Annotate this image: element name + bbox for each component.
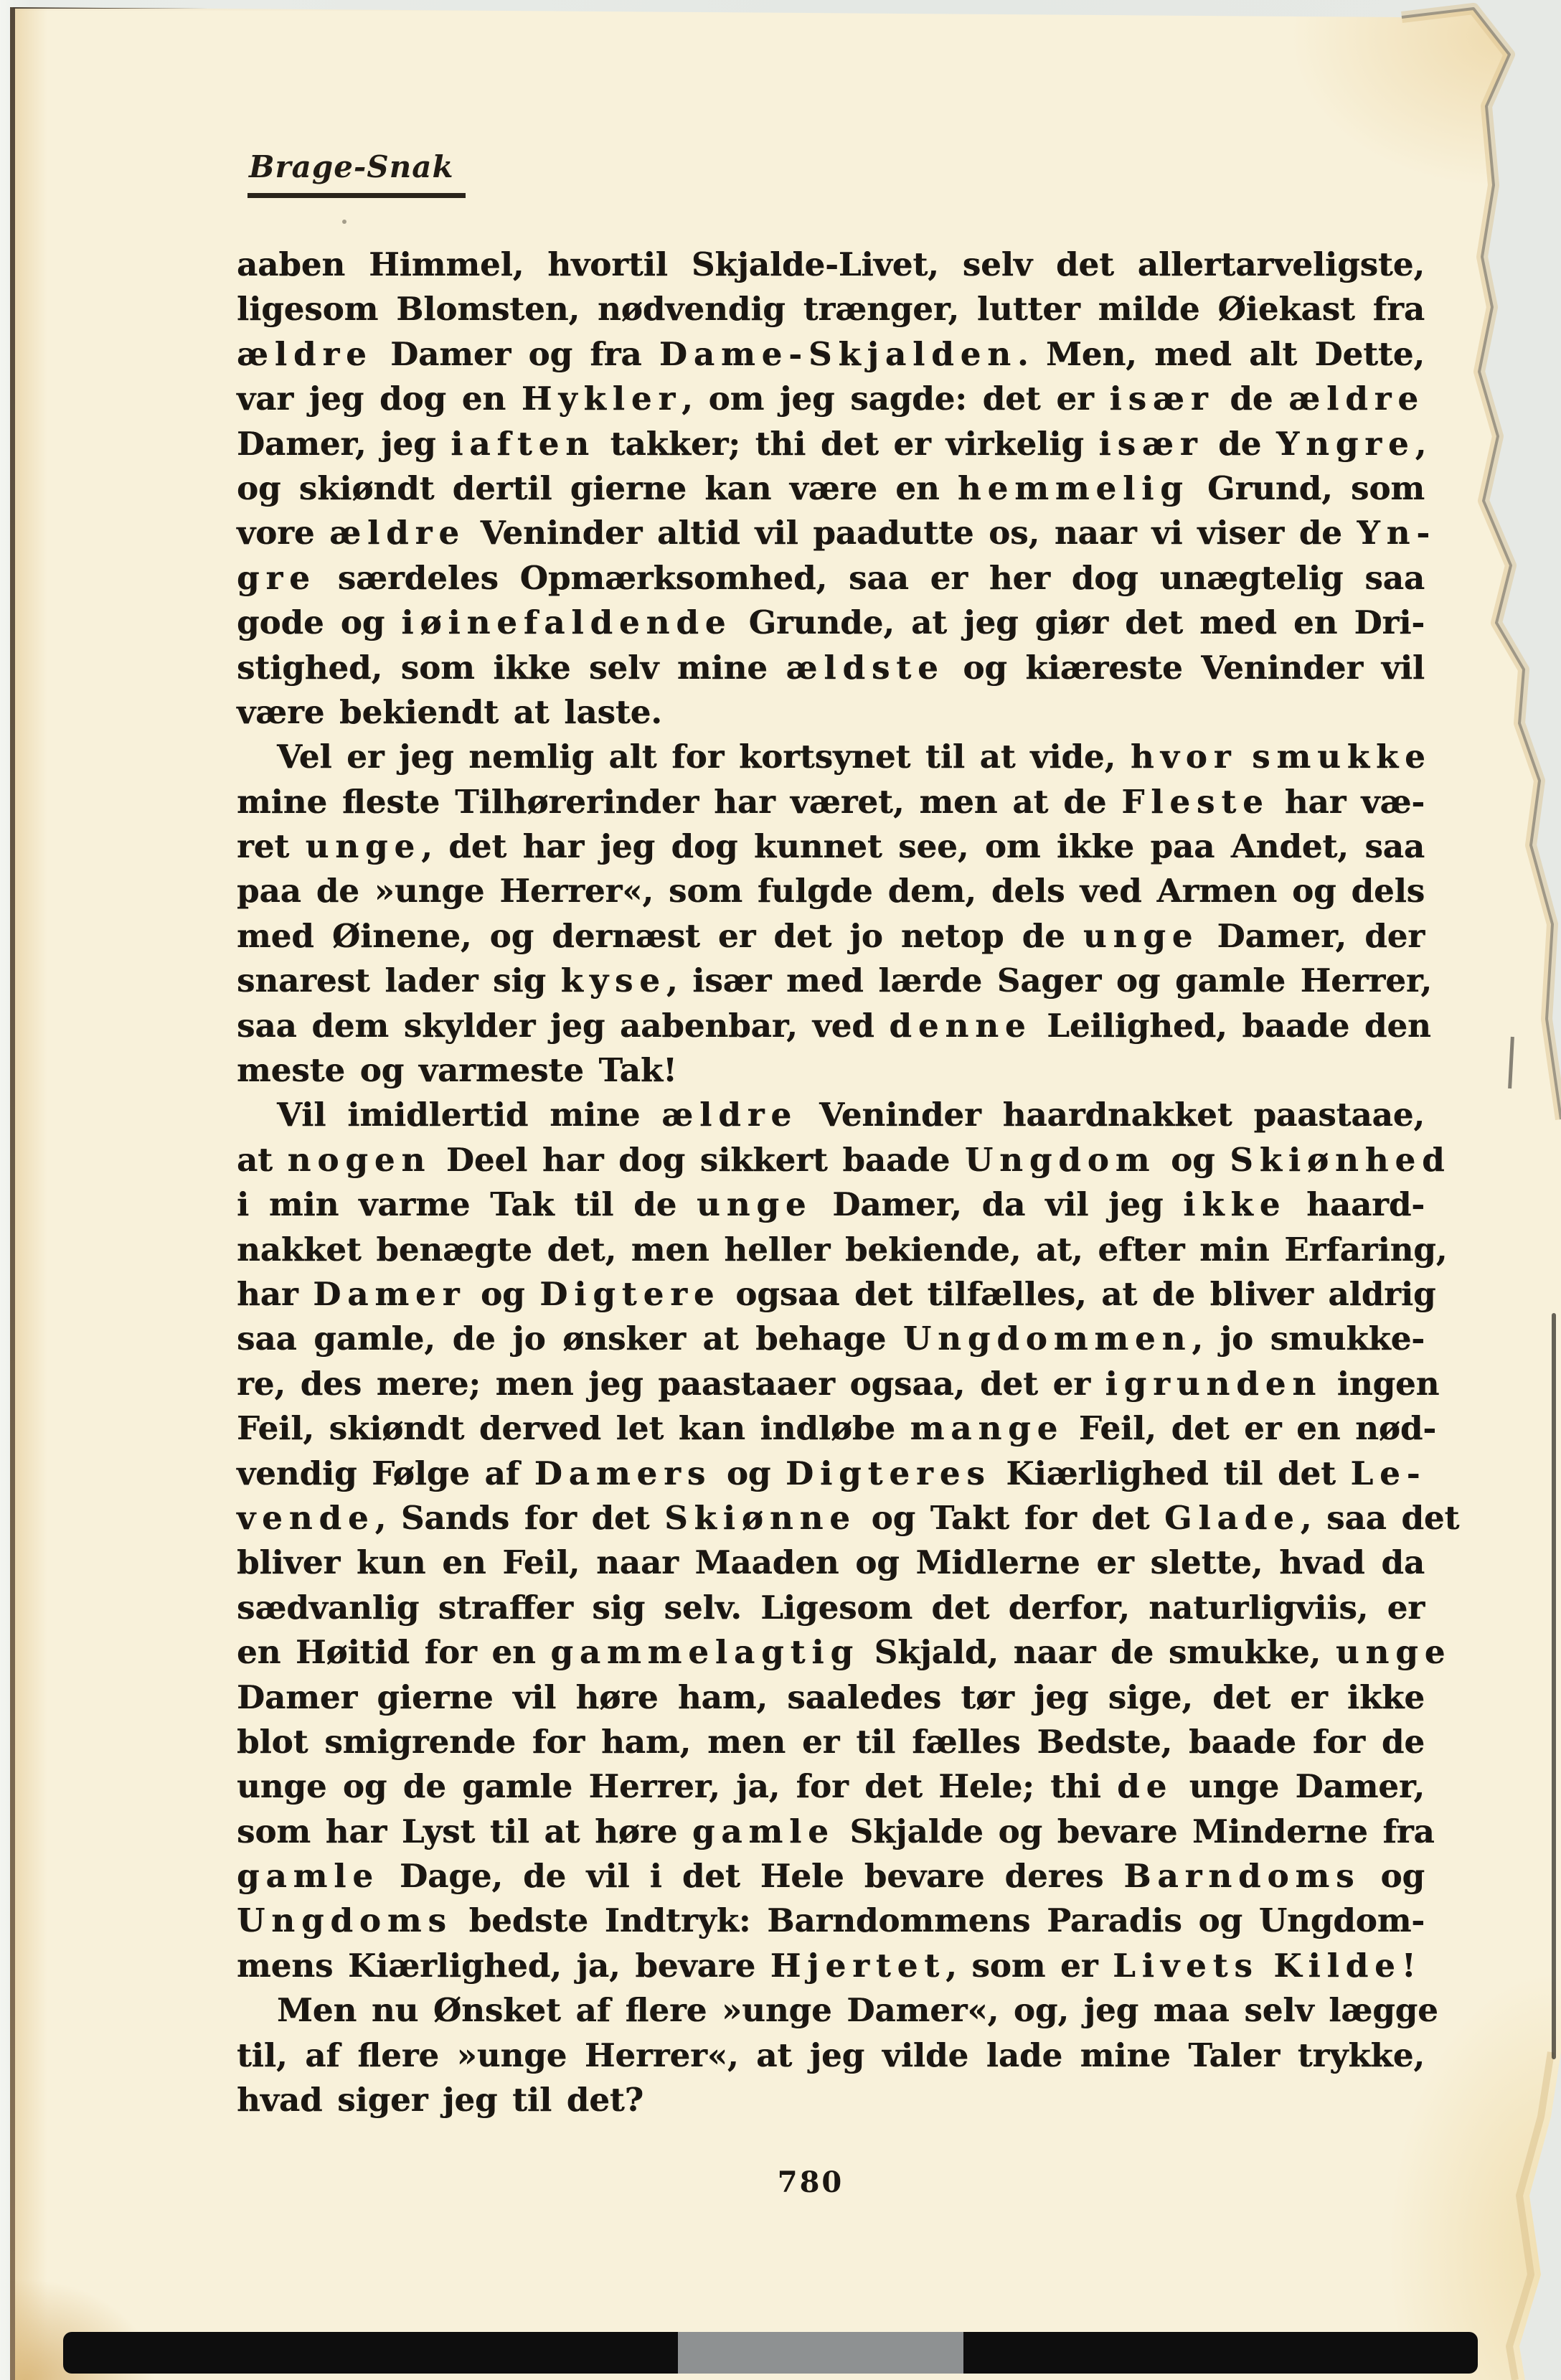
text-segment: aaben Himmel, hvortil Skjalde-Livet, sel… [237,245,1425,283]
page-left-edge [10,0,15,2380]
paper-speck [342,220,346,224]
text-line: Feil, skiøndt derved let kan indløbe man… [237,1406,1425,1451]
text-segment: Grund, som [1189,469,1425,507]
letterspaced-word: især [1098,425,1203,463]
scanned-page-background: Brage-Snak aaben Himmel, hvortil Skjalde… [0,0,1561,2380]
text-segment: Damer, da vil jeg [813,1185,1184,1223]
letterspaced-word: unge [697,1185,813,1223]
text-segment: Vel er jeg nemlig alt for kortsynet til … [277,738,1131,776]
text-segment: og [1156,1141,1230,1179]
text-line: med Øinene, og dernæst er det jo netop d… [237,914,1425,959]
text-line: i min varme Tak til de unge Damer, da vi… [237,1182,1425,1227]
text-segment: Damer gierne vil høre ham, saaledes tør … [237,1678,1425,1716]
page-number: 780 [237,2161,1385,2204]
letterspaced-word: igrunden [1105,1365,1323,1403]
letterspaced-word: Skiønne [664,1499,857,1537]
text-line: re, des mere; men jeg paastaaer ogsaa, d… [237,1362,1425,1406]
text-line: har Damer og Digtere ogsaa det tilfælles… [237,1272,1425,1317]
letterspaced-word: iaften [451,425,595,463]
text-segment: vendig Følge af [237,1454,534,1492]
text-segment: har væ- [1270,783,1425,821]
text-segment: hvad siger jeg til det? [237,2081,643,2119]
text-segment: har [237,1275,313,1313]
letterspaced-word: især [1110,380,1215,418]
text-segment: de [1215,380,1289,418]
text-line: paa de »unge Herrer«, som fulgde dem, de… [237,869,1425,913]
text-segment: ! [1402,1947,1416,1985]
letterspaced-word: ældre [329,514,466,552]
text-line: Vil imidlertid mine ældre Veninder haard… [237,1093,1425,1137]
text-segment: Deel har dog sikkert baade [431,1141,965,1179]
letterspaced-word: hemmelig [958,469,1189,507]
text-segment: unge Damer, [1173,1767,1425,1805]
text-segment: unge og de gamle Herrer, ja, for det Hel… [237,1767,1117,1805]
letterspaced-word: gamle [692,1812,835,1850]
text-line: snarest lader sig kyse, især med lærde S… [237,959,1425,1003]
text-segment: takker; thi det er virkelig [595,425,1098,463]
text-segment: Veninder haardnakket paastaae, [798,1096,1425,1134]
text-segment: vore [237,514,329,552]
text-segment: Grunde, at jeg giør det med en Dri- [732,603,1425,641]
text-line: aaben Himmel, hvortil Skjalde-Livet, sel… [237,243,1425,287]
text-segment: paa de »unge Herrer«, som fulgde dem, de… [237,872,1425,910]
text-line: ældre Damer og fra Dame-Skjalden. Men, m… [237,332,1425,377]
body-text: aaben Himmel, hvortil Skjalde-Livet, sel… [237,243,1425,2122]
letterspaced-word: smukke [1252,738,1432,776]
text-segment: Skjalde og bevare Minderne fra [835,1812,1435,1850]
text-line: Damer gierne vil høre ham, saaledes tør … [237,1675,1425,1720]
text-line: gre særdeles Opmærksomhed, saa er her do… [237,556,1425,601]
letterspaced-word: Ungdommen [903,1320,1192,1358]
text-line: saa dem skylder jeg aabenbar, ved denne … [237,1004,1425,1048]
text-segment: som har Lyst til at høre [237,1812,692,1850]
text-line: nakket benægte det, men heller bekiende,… [237,1228,1425,1272]
letterspaced-word: unge [1336,1633,1452,1671]
text-line: ligesom Blomsten, nødvendig trænger, lut… [237,287,1425,331]
text-segment: med Øinene, og dernæst er det jo netop d… [237,917,1083,955]
letterspaced-word: hvor [1131,738,1237,776]
letterspaced-word: Digtere [539,1275,720,1313]
letterspaced-word: mange [910,1409,1065,1447]
text-segment: , som er [945,1947,1113,1985]
text-line: som har Lyst til at høre gamle Skjalde o… [237,1810,1425,1854]
text-line: at nogen Deel har dog sikkert baade Ungd… [237,1138,1425,1182]
text-segment: ogsaa det tilfælles, at de bliver aldrig [721,1275,1436,1313]
text-segment: nakket benægte det, men heller bekiende,… [237,1231,1447,1269]
text-segment: Damer, jeg [237,425,451,463]
letterspaced-word: ikke [1183,1185,1286,1223]
scanner-artifact-band [63,2332,1478,2374]
text-segment: Vil imidlertid mine [277,1096,661,1134]
text-segment: bedste Indtryk: Barndommens Paradis og U… [453,1901,1425,1939]
text-segment: og kiæreste Veninder vil [945,649,1425,687]
text-segment: Skjald, naar de smukke, [859,1633,1336,1671]
text-line: mine fleste Tilhørerinder har været, men… [237,780,1425,824]
letterspaced-word: iøinefaldende [401,603,732,641]
text-segment: bliver kun en Feil, naar Maaden og Midle… [237,1543,1425,1581]
text-segment: og Takt for det [857,1499,1164,1537]
text-line: vendig Følge af Damers og Digteres Kiærl… [237,1452,1425,1496]
text-line: gamle Dage, de vil i det Hele bevare der… [237,1854,1425,1899]
text-line: unge og de gamle Herrer, ja, for det Hel… [237,1764,1425,1809]
text-line: var jeg dog en Hykler, om jeg sagde: det… [237,377,1425,421]
text-line: vore ældre Veninder altid vil paadutte o… [237,511,1425,555]
text-segment: mens Kiærlighed, ja, bevare [237,1947,770,1985]
text-segment: og skiøndt dertil gierne kan være en [237,469,958,507]
letterspaced-word: Hykler [522,380,682,418]
scan-edge-mark [1508,1037,1514,1088]
letterspaced-word: Barndoms [1123,1857,1360,1895]
letterspaced-word: kyse [561,961,666,999]
text-segment: de [1204,425,1276,463]
letterspaced-word: Ungdoms [237,1901,453,1939]
letterspaced-word: ældre [661,1096,798,1134]
text-line: være bekiendt at laste. [237,690,1425,735]
text-segment: og [1360,1857,1425,1895]
letterspaced-word: Glade [1164,1499,1301,1537]
letterspaced-word: Le- [1351,1454,1427,1492]
text-segment: ingen [1322,1365,1439,1403]
letterspaced-word: nogen [288,1141,432,1179]
text-segment: i min varme Tak til de [237,1185,697,1223]
text-segment: , især med lærde Sager og gamle Herrer, [666,961,1432,999]
text-segment: Kiærlighed til det [991,1454,1351,1492]
scanner-artifact-band-gray [678,2332,963,2374]
letterspaced-word: unge [1083,917,1199,955]
text-segment: at [237,1141,288,1179]
text-segment: Feil, det er en nød- [1064,1409,1436,1447]
text-line: sædvanlig straffer sig selv. Ligesom det… [237,1586,1425,1630]
text-segment: være bekiendt at laste. [237,693,662,731]
running-title: Brage-Snak [247,149,466,198]
letterspaced-word: Skiønhed [1230,1141,1451,1179]
text-segment: Veninder altid vil paadutte os, naar vi … [466,514,1357,552]
letterspaced-word: Fleste [1121,783,1269,821]
text-segment: stighed, som ikke selv mine [237,649,786,687]
text-line: ret unge, det har jeg dog kunnet see, om… [237,824,1425,869]
letterspaced-word: vende [237,1499,375,1537]
page-top-edge [13,4,1433,9]
text-segment: , om jeg sagde: det er [682,380,1109,418]
text-segment: sædvanlig straffer sig selv. Ligesom det… [237,1589,1425,1627]
text-line: Damer, jeg iaften takker; thi det er vir… [237,422,1425,466]
text-segment: , Sands for det [375,1499,664,1537]
text-segment: haard- [1286,1185,1425,1223]
text-segment: blot smigrende for ham, men er til fælle… [237,1723,1425,1761]
text-segment: gode og [237,603,401,641]
letterspaced-word: gre [237,559,316,597]
scan-edge-line [1552,1313,1556,2059]
text-segment: Feil, skiøndt derved let kan indløbe [237,1409,910,1447]
letterspaced-word: Damers [534,1454,712,1492]
text-segment: Damer og fra [373,335,659,373]
text-segment: saa dem skylder jeg aabenbar, ved [237,1007,889,1045]
text-segment: særdeles Opmærksomhed, saa er her dog un… [316,559,1425,597]
text-line: hvad siger jeg til det? [237,2078,1425,2122]
letterspaced-word: Livets [1113,1947,1259,1985]
letterspaced-word: gammelagtig [550,1633,859,1671]
text-segment: ligesom Blomsten, nødvendig trænger, lut… [237,290,1425,328]
letterspaced-word: denne [889,1007,1032,1045]
text-line: meste og varmeste Tak! [237,1048,1425,1093]
text-segment: , [1415,425,1427,463]
text-line: Men nu Ønsket af flere »unge Damer«, og,… [237,1988,1425,2033]
text-segment [1237,738,1252,776]
text-segment: til, af flere »unge Herrer«, at jeg vild… [237,2036,1425,2074]
text-segment: var jeg dog en [237,380,522,418]
text-line: saa gamle, de jo ønsker at behage Ungdom… [237,1317,1425,1361]
text-line: til, af flere »unge Herrer«, at jeg vild… [237,2033,1425,2078]
letterspaced-word: Yngre [1276,425,1415,463]
text-segment: re, des mere; men jeg paastaaer ogsaa, d… [237,1365,1105,1403]
text-segment: . Men, med alt Dette, [1017,335,1425,373]
letterspaced-word: unge [306,827,422,865]
letterspaced-word: Dame-Skjalden [659,335,1017,373]
letterspaced-word: gamle [237,1857,379,1895]
text-segment: og [466,1275,539,1313]
text-segment: saa gamle, de jo ønsker at behage [237,1320,903,1358]
text-segment [1259,1947,1274,1985]
text-segment: mine fleste Tilhørerinder har været, men… [237,783,1121,821]
text-line: gode og iøinefaldende Grunde, at jeg giø… [237,601,1425,645]
text-segment: Men nu Ønsket af flere »unge Damer«, og,… [277,1991,1438,2029]
text-segment: en Høitid for en [237,1633,550,1671]
letterspaced-word: ældre [237,335,373,373]
text-line: bliver kun en Feil, naar Maaden og Midle… [237,1541,1425,1585]
book-page: Brage-Snak aaben Himmel, hvortil Skjalde… [10,0,1561,2380]
text-segment: og [712,1454,786,1492]
text-segment: snarest lader sig [237,961,561,999]
text-segment: Leilighed, baade den [1032,1007,1431,1045]
text-segment: ret [237,827,306,865]
letterspaced-word: ældste [786,649,945,687]
letterspaced-word: Kilde [1273,1947,1401,1985]
text-line: blot smigrende for ham, men er til fælle… [237,1720,1425,1764]
text-segment: , det har jeg dog kunnet see, om ikke pa… [421,827,1425,865]
text-segment: , saa det [1301,1499,1460,1537]
letterspaced-word: Ungdom [965,1141,1156,1179]
text-segment: Damer, der [1199,917,1425,955]
letterspaced-word: ældre [1288,380,1425,418]
text-line: stighed, som ikke selv mine ældste og ki… [237,646,1425,690]
text-line: og skiøndt dertil gierne kan være en hem… [237,466,1425,511]
letterspaced-word: Yn- [1357,514,1436,552]
text-line: vende, Sands for det Skiønne og Takt for… [237,1496,1425,1541]
text-line: en Høitid for en gammelagtig Skjald, naa… [237,1630,1425,1675]
text-line: Vel er jeg nemlig alt for kortsynet til … [237,735,1425,779]
text-segment: Dage, de vil i det Hele bevare deres [379,1857,1123,1895]
letterspaced-word: Damer [313,1275,466,1313]
text-segment: , jo smukke- [1192,1320,1425,1358]
text-line: mens Kiærlighed, ja, bevare Hjertet, som… [237,1944,1425,1988]
letterspaced-word: Hjertet [770,1947,945,1985]
letterspaced-word: Digteres [786,1454,991,1492]
text-line: Ungdoms bedste Indtryk: Barndommens Para… [237,1899,1425,1943]
text-segment: meste og varmeste Tak! [237,1051,677,1089]
letterspaced-word: de [1117,1767,1173,1805]
